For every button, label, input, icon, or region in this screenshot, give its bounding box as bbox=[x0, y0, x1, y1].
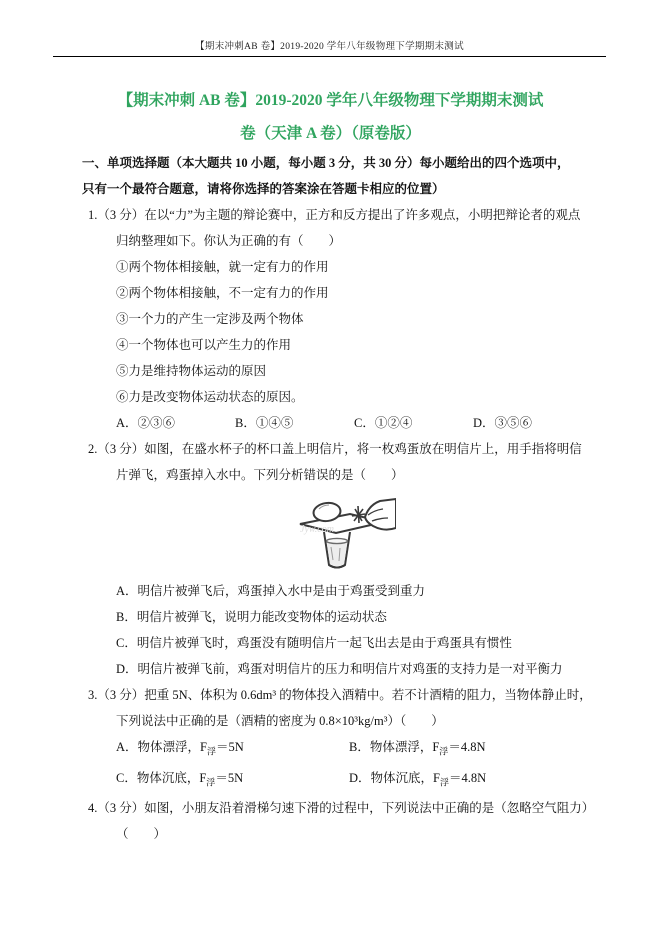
question-2-option-d: D．明信片被弹飞前，鸡蛋对明信片的压力和明信片对鸡蛋的支持力是一对平衡力 bbox=[116, 656, 627, 682]
question-2-option-b: B．明信片被弹飞，说明力能改变物体的运动状态 bbox=[116, 604, 627, 630]
question-3-option-a: A．物体漂浮，F浮＝5N bbox=[116, 734, 349, 765]
question-4-stem-text: 如图，小朋友沿着滑梯匀速下滑的过程中，下列说法中正确的是（忽略空气阻力） bbox=[144, 801, 594, 815]
question-2-stem-text: 如图，在盛水杯子的杯口盖上明信片，将一枚鸡蛋放在明信片上，用手指将明信 bbox=[144, 442, 582, 456]
question-3-number: 3. bbox=[88, 688, 97, 702]
question-1-statement-1: ①两个物体相接触，就一定有力的作用 bbox=[116, 254, 627, 280]
document-title-line-1: 【期末冲刺 AB 卷】2019-2020 学年八年级物理下学期期末测试 bbox=[40, 84, 621, 117]
question-2-option-c: C．明信片被弹飞时，鸡蛋没有随明信片一起飞出去是由于鸡蛋具有惯性 bbox=[116, 630, 627, 656]
exam-paper-page: 【期末冲刺AB 卷】2019-2020 学年八年级物理下学期期末测试 【期末冲刺… bbox=[0, 0, 661, 935]
question-4-stem-cont: （ ） bbox=[116, 821, 627, 847]
question-1-statement-6: ⑥力是改变物体运动状态的原因。 bbox=[116, 384, 627, 410]
question-1-option-c: C．①②④ bbox=[354, 410, 473, 436]
glass-icon bbox=[324, 532, 350, 568]
question-3-options-row-1: A．物体漂浮，F浮＝5N B．物体漂浮，F浮＝4.8N bbox=[116, 734, 627, 765]
question-2-stem-cont: 片弹飞，鸡蛋掉入水中。下列分析错误的是（ ） bbox=[116, 462, 627, 488]
section-heading-line-2: 只有一个最符合题意，请将你选择的答案涂在答题卡相应的位置） bbox=[82, 176, 627, 202]
question-4-stem: 4.（3 分）如图，小朋友沿着滑梯匀速下滑的过程中，下列说法中正确的是（忽略空气… bbox=[88, 795, 627, 821]
question-1-number: 1. bbox=[88, 208, 97, 222]
question-3-stem-text: 把重 5N、体积为 0.6dm³ 的物体投入酒精中。若不计酒精的阻力，当物体静止… bbox=[144, 688, 592, 702]
question-2-option-a: A．明信片被弹飞后，鸡蛋掉入水中是由于鸡蛋受到重力 bbox=[116, 578, 627, 604]
document-title: 【期末冲刺 AB 卷】2019-2020 学年八年级物理下学期期末测试 卷（天津… bbox=[40, 84, 621, 150]
question-1-stem-text: 在以“力”为主题的辩论赛中，正方和反方提出了许多观点，小明把辩论者的观点 bbox=[144, 208, 580, 222]
question-3-option-d: D．物体沉底，F浮＝4.8N bbox=[349, 765, 582, 796]
question-1-statement-4: ④一个物体也可以产生力的作用 bbox=[116, 332, 627, 358]
question-2-score: （3 分） bbox=[97, 442, 144, 456]
egg-cup-illustration bbox=[292, 492, 396, 572]
question-3-option-c: C．物体沉底，F浮＝5N bbox=[116, 765, 349, 796]
question-4-score: （3 分） bbox=[97, 801, 144, 815]
question-3-stem: 3.（3 分）把重 5N、体积为 0.6dm³ 的物体投入酒精中。若不计酒精的阻… bbox=[88, 682, 627, 708]
page-header: 【期末冲刺AB 卷】2019-2020 学年八年级物理下学期期末测试 bbox=[53, 38, 606, 52]
hand-icon bbox=[365, 499, 396, 530]
question-1-stem-cont: 归纳整理如下。你认为正确的有（ ） bbox=[116, 228, 627, 254]
question-2-stem: 2.（3 分）如图，在盛水杯子的杯口盖上明信片，将一枚鸡蛋放在明信片上，用手指将… bbox=[88, 436, 627, 462]
question-1-option-a: A．②③⑥ bbox=[116, 410, 235, 436]
question-1-score: （3 分） bbox=[97, 208, 144, 222]
question-1-statement-3: ③一个力的产生一定涉及两个物体 bbox=[116, 306, 627, 332]
header-divider bbox=[53, 56, 606, 57]
question-1-options-row: A．②③⑥ B．①④⑤ C．①②④ D．③⑤⑥ bbox=[116, 410, 627, 436]
question-3-score: （3 分） bbox=[97, 688, 144, 702]
document-body: 一、单项选择题（本大题共 10 小题，每小题 3 分，共 30 分）每小题给出的… bbox=[82, 150, 627, 847]
question-1-statement-5: ⑤力是维持物体运动的原因 bbox=[116, 358, 627, 384]
document-title-line-2: 卷（天津 A 卷）（原卷版） bbox=[40, 117, 621, 150]
question-3-stem-cont: 下列说法中正确的是（酒精的密度为 0.8×10³kg/m³）（ ） bbox=[116, 708, 627, 734]
question-1-option-d: D．③⑤⑥ bbox=[473, 410, 592, 436]
question-1-option-b: B．①④⑤ bbox=[235, 410, 354, 436]
question-1-stem: 1.（3 分）在以“力”为主题的辩论赛中，正方和反方提出了许多观点，小明把辩论者… bbox=[88, 202, 627, 228]
question-1-statement-2: ②两个物体相接触，不一定有力的作用 bbox=[116, 280, 627, 306]
question-3-options-row-2: C．物体沉底，F浮＝5N D．物体沉底，F浮＝4.8N bbox=[116, 765, 627, 796]
page-header-text: 【期末冲刺AB 卷】2019-2020 学年八年级物理下学期期末测试 bbox=[195, 42, 464, 52]
question-4-number: 4. bbox=[88, 801, 97, 815]
question-2-number: 2. bbox=[88, 442, 97, 456]
question-3-option-b: B．物体漂浮，F浮＝4.8N bbox=[349, 734, 582, 765]
section-heading-line-1: 一、单项选择题（本大题共 10 小题，每小题 3 分，共 30 分）每小题给出的… bbox=[82, 150, 627, 176]
question-2-figure: Jyw.com bbox=[292, 492, 402, 578]
